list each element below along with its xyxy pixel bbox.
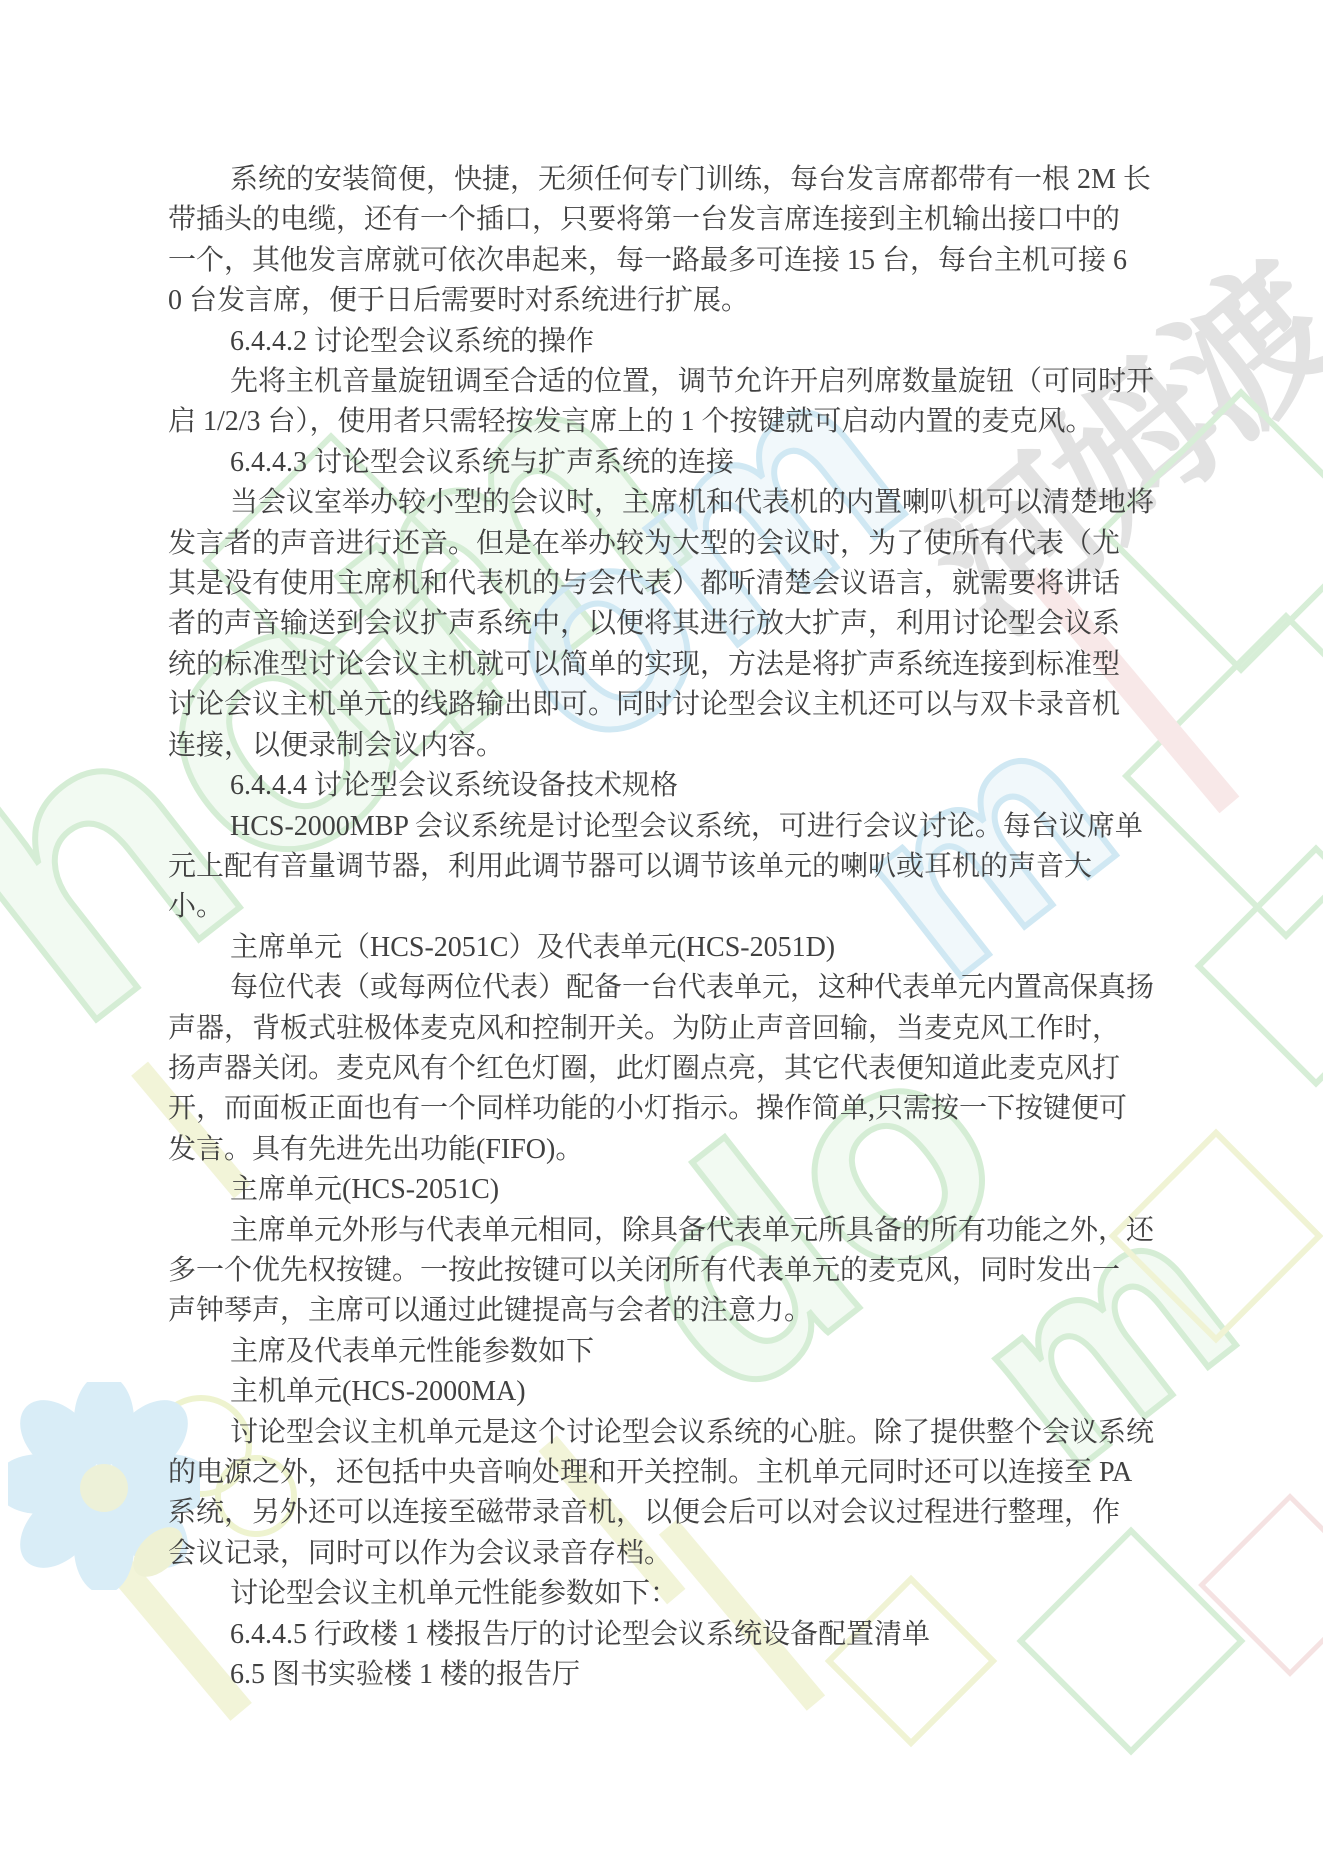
text-line: 主席及代表单元性能参数如下 xyxy=(168,1332,1173,1372)
document-page: hom om m do m 河姆渡 xyxy=(0,0,1323,1871)
text-line: 6.4.4.3 讨论型会议系统与扩声系统的连接 xyxy=(168,443,1173,483)
text-line: 发言。具有先进先出功能(FIFO)。 xyxy=(168,1130,1173,1170)
text-line: 主机单元(HCS-2000MA) xyxy=(168,1372,1173,1412)
text-line: 启 1/2/3 台），使用者只需轻按发言席上的 1 个按键就可启动内置的麦克风。 xyxy=(168,402,1173,442)
text-line: 系统，另外还可以连接至磁带录音机，以便会后可以对会议过程进行整理，作 xyxy=(168,1493,1173,1533)
text-line: 小。 xyxy=(168,887,1173,927)
text-line: 6.5 图书实验楼 1 楼的报告厅 xyxy=(168,1655,1173,1695)
text-line: 会议记录，同时可以作为会议录音存档。 xyxy=(168,1534,1173,1574)
text-line: 6.4.4.5 行政楼 1 楼报告厅的讨论型会议系统设备配置清单 xyxy=(168,1615,1173,1655)
text-line: 先将主机音量旋钮调至合适的位置，调节允许开启列席数量旋钮（可同时开 xyxy=(168,362,1173,402)
text-line: 讨论型会议主机单元是这个讨论型会议系统的心脏。除了提供整个会议系统 xyxy=(168,1413,1173,1453)
text-line: 的电源之外，还包括中央音响处理和开关控制。主机单元同时还可以连接至 PA xyxy=(168,1453,1173,1493)
document-body: 系统的安装简便，快捷，无须任何专门训练，每台发言席都带有一根 2M 长带插头的电… xyxy=(168,160,1173,1695)
text-line: 连接，以便录制会议内容。 xyxy=(168,726,1173,766)
text-line: 多一个优先权按键。一按此按键可以关闭所有代表单元的麦克风，同时发出一 xyxy=(168,1251,1173,1291)
watermark-diamond-green xyxy=(1194,844,1323,1087)
text-line: 声器，背板式驻极体麦克风和控制开关。为防止声音回输，当麦克风工作时， xyxy=(168,1009,1173,1049)
text-line: 带插头的电缆，还有一个插口，只要将第一台发言席连接到主机输出接口中的 xyxy=(168,200,1173,240)
text-line: 开，而面板正面也有一个同样功能的小灯指示。操作简单,只需按一下按键便可 xyxy=(168,1089,1173,1129)
text-line: 讨论会议主机单元的线路输出即可。同时讨论型会议主机还可以与双卡录音机 xyxy=(168,685,1173,725)
text-line: 声钟琴声，主席可以通过此键提高与会者的注意力。 xyxy=(168,1291,1173,1331)
text-line: 当会议室举办较小型的会议时，主席机和代表机的内置喇叭机可以清楚地将 xyxy=(168,483,1173,523)
text-line: 系统的安装简便，快捷，无须任何专门训练，每台发言席都带有一根 2M 长 xyxy=(168,160,1173,200)
watermark-diamond-pink xyxy=(1198,1493,1323,1677)
text-line: HCS-2000MBP 会议系统是讨论型会议系统，可进行会议讨论。每台议席单 xyxy=(168,807,1173,847)
text-line: 发言者的声音进行还音。但是在举办较为大型的会议时，为了使所有代表（尤 xyxy=(168,524,1173,564)
text-line: 其是没有使用主席机和代表机的与会代表）都听清楚会议语言，就需要将讲话 xyxy=(168,564,1173,604)
text-line: 6.4.4.2 讨论型会议系统的操作 xyxy=(168,322,1173,362)
text-line: 主席单元外形与代表单元相同，除具备代表单元所具备的所有功能之外，还 xyxy=(168,1211,1173,1251)
text-line: 0 台发言席，便于日后需要时对系统进行扩展。 xyxy=(168,281,1173,321)
text-line: 者的声音输送到会议扩声系统中，以便将其进行放大扩声，利用讨论型会议系 xyxy=(168,604,1173,644)
text-line: 讨论型会议主机单元性能参数如下： xyxy=(168,1574,1173,1614)
text-line: 扬声器关闭。麦克风有个红色灯圈，此灯圈点亮，其它代表便知道此麦克风打 xyxy=(168,1049,1173,1089)
text-line: 6.4.4.4 讨论型会议系统设备技术规格 xyxy=(168,766,1173,806)
text-line: 元上配有音量调节器，利用此调节器可以调节该单元的喇叭或耳机的声音大 xyxy=(168,847,1173,887)
text-line: 统的标准型讨论会议主机就可以简单的实现，方法是将扩声系统连接到标准型 xyxy=(168,645,1173,685)
text-line: 主席单元（HCS-2051C）及代表单元(HCS-2051D) xyxy=(168,928,1173,968)
text-line: 主席单元(HCS-2051C) xyxy=(168,1170,1173,1210)
text-line: 一个，其他发言席就可依次串起来，每一路最多可连接 15 台，每台主机可接 6 xyxy=(168,241,1173,281)
text-line: 每位代表（或每两位代表）配备一台代表单元，这种代表单元内置高保真扬 xyxy=(168,968,1173,1008)
